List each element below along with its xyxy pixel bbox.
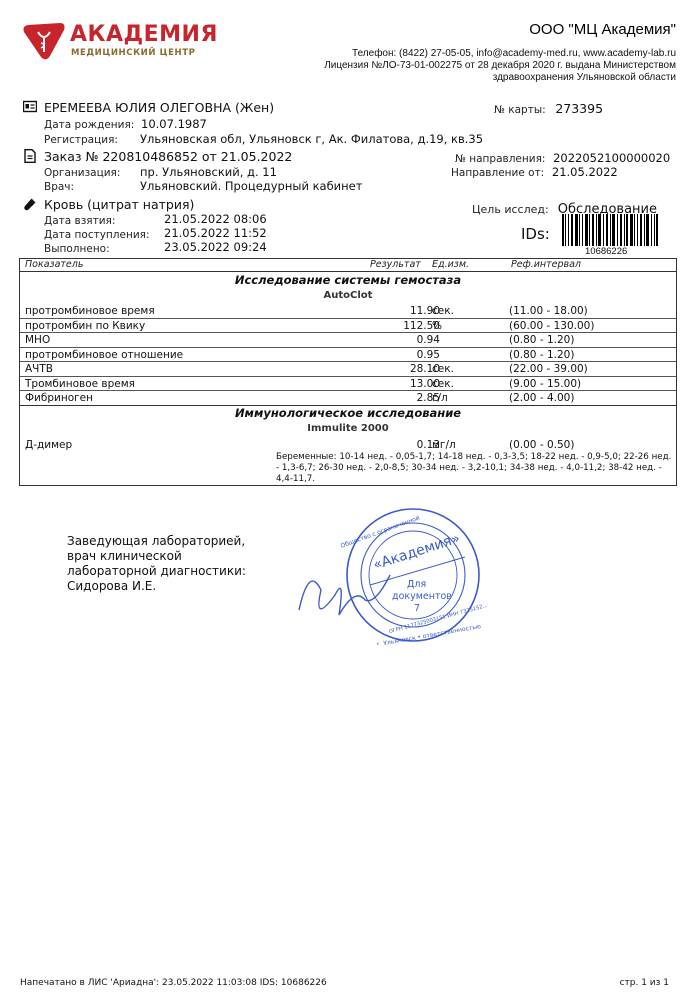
section-title-hemostasis: Исследование системы гемостаза [20, 273, 676, 287]
row-unit: г/л [432, 391, 448, 405]
order-title: Заказ № 220810486852 от 21.05.2022 [44, 150, 292, 164]
taken-date-label: Дата взятия: [44, 215, 115, 227]
signer-line-2: врач клинической [67, 549, 246, 564]
row-name: МНО [25, 333, 50, 347]
svg-text:Общество с ограниченной: Общество с ограниченной [340, 515, 421, 550]
column-unit: Ед.изм. [432, 259, 469, 271]
table-row: АЧТВ 28.10 сек. (22.00 - 39.00) [20, 362, 676, 377]
organization-label: Организация: [44, 167, 120, 179]
row-unit: сек. [432, 304, 454, 318]
registration-address: Ульяновская обл, Ульяновск г, Ак. Филато… [140, 132, 483, 146]
pregnancy-reference-note: Беременные: 10-14 нед. - 0,05-1,7; 14-18… [276, 452, 672, 485]
organization-value: пр. Ульяновский, д. 11 [140, 165, 277, 179]
table-row: Д-димер 0.13 мг/л (0.00 - 0.50) [20, 438, 676, 453]
logo-title: АКАДЕМИЯ [70, 22, 218, 48]
received-date-label: Дата поступления: [44, 229, 150, 241]
referral-number-label: № направления: [455, 153, 545, 165]
svg-text:документов: документов [392, 591, 452, 602]
logo-subtitle: МЕДИЦИНСКИЙ ЦЕНТР [71, 48, 195, 58]
done-date: 23.05.2022 09:24 [164, 240, 267, 254]
column-name: Показатель [25, 259, 83, 271]
license-line-1: Лицензия №ЛО-73-01-002275 от 28 декабря … [324, 60, 676, 72]
svg-text:7: 7 [414, 603, 420, 614]
organization-info: ООО "МЦ Академия" Телефон: (8422) 27-05-… [324, 20, 676, 84]
row-name: Фибриноген [25, 391, 93, 405]
research-goal-label: Цель исслед: [472, 203, 549, 216]
done-date-label: Выполнено: [44, 243, 110, 255]
referral-date-label: Направление от: [451, 167, 544, 179]
signer-block: Заведующая лабораторией, врач клиническо… [67, 534, 246, 594]
registration-label: Регистрация: [44, 134, 118, 146]
card-number-label: № карты: [494, 104, 546, 116]
row-name: Тромбиновое время [25, 377, 135, 391]
signer-line-3: лабораторной диагностики: [67, 564, 246, 579]
license-line-2: здравоохранения Ульяновской области [324, 72, 676, 84]
table-row: Тромбиновое время 13.00 сек. (9.00 - 15.… [20, 377, 676, 392]
barcode-icon [562, 214, 658, 246]
doctor-value: Ульяновский. Процедурный кабинет [140, 179, 362, 193]
sample-type: Кровь (цитрат натрия) [44, 198, 194, 212]
row-result: 0.95 [417, 348, 440, 362]
row-name: протромбиновое отношение [25, 348, 183, 362]
clinic-logo: АКАДЕМИЯ МЕДИЦИНСКИЙ ЦЕНТР [22, 22, 212, 62]
section-analyzer-autoclot: AutoClot [20, 290, 676, 301]
barcode-number: 10686226 [585, 246, 627, 257]
row-ref: (22.00 - 39.00) [509, 362, 588, 376]
table-row: МНО 0.94 (0.80 - 1.20) [20, 333, 676, 348]
doctor-label: Врач: [44, 181, 74, 193]
document-icon [23, 149, 37, 163]
row-ref: (9.00 - 15.00) [509, 377, 581, 391]
row-name: протромбиновое время [25, 304, 155, 318]
row-unit: сек. [432, 362, 454, 376]
patient-name: ЕРЕМЕЕВА ЮЛИЯ ОЛЕГОВНА (Жен) [44, 101, 274, 115]
referral-number: 2022052100000020 [553, 151, 670, 165]
signer-name: Сидорова И.Е. [67, 579, 246, 594]
table-row: протромбиновое время 11.90 сек. (11.00 -… [20, 304, 676, 319]
section-analyzer-immulite: Immulite 2000 [20, 423, 676, 434]
row-unit: % [432, 319, 442, 333]
caduceus-logo-icon [22, 22, 66, 62]
row-ref: (11.00 - 18.00) [509, 304, 588, 318]
organization-name: ООО "МЦ Академия" [324, 20, 676, 40]
row-ref: (60.00 - 130.00) [509, 319, 594, 333]
column-ref: Реф.интервал [511, 259, 581, 271]
id-card-icon [23, 100, 37, 114]
card-number: 273395 [555, 101, 603, 116]
table-row: Фибриноген 2.85 г/л (2.00 - 4.00) [20, 391, 676, 406]
table-header: Показатель Результат Ед.изм. Реф.интерва… [20, 259, 676, 272]
row-name: АЧТВ [25, 362, 53, 376]
organization-contacts: Телефон: (8422) 27-05-05, info@academy-m… [324, 48, 676, 60]
received-date: 21.05.2022 11:52 [164, 226, 267, 240]
svg-text:Для: Для [407, 579, 426, 590]
row-name: Д-димер [25, 438, 72, 452]
birth-date-label: Дата рождения: [44, 119, 134, 131]
row-name: протромбин по Квику [25, 319, 145, 333]
row-unit: сек. [432, 377, 454, 391]
row-ref: (0.80 - 1.20) [509, 333, 574, 347]
svg-text:«Академия»: «Академия» [371, 530, 462, 573]
table-row: протромбин по Квику 112.50 % (60.00 - 13… [20, 319, 676, 334]
taken-date: 21.05.2022 08:06 [164, 212, 267, 226]
referral-date: 21.05.2022 [552, 165, 618, 179]
results-table: Показатель Результат Ед.изм. Реф.интерва… [19, 258, 677, 486]
ids-label: IDs: [521, 225, 550, 243]
birth-date: 10.07.1987 [141, 117, 207, 131]
row-result: 0.94 [417, 333, 440, 347]
row-unit: мг/л [432, 438, 456, 452]
official-stamp-icon: «Академия» Для документов 7 Общество с о… [295, 505, 505, 645]
signer-line-1: Заведующая лабораторией, [67, 534, 246, 549]
column-result: Результат [370, 259, 421, 271]
section-title-immunology: Иммунологическое исследование [20, 406, 676, 420]
page-number: стр. 1 из 1 [620, 978, 669, 988]
table-row: протромбиновое отношение 0.95 (0.80 - 1.… [20, 348, 676, 363]
row-ref: (0.00 - 0.50) [509, 438, 574, 452]
test-tube-icon [23, 197, 37, 211]
row-ref: (2.00 - 4.00) [509, 391, 574, 405]
print-info: Напечатано в ЛИС 'Ариадна': 23.05.2022 1… [20, 978, 327, 988]
row-ref: (0.80 - 1.20) [509, 348, 574, 362]
